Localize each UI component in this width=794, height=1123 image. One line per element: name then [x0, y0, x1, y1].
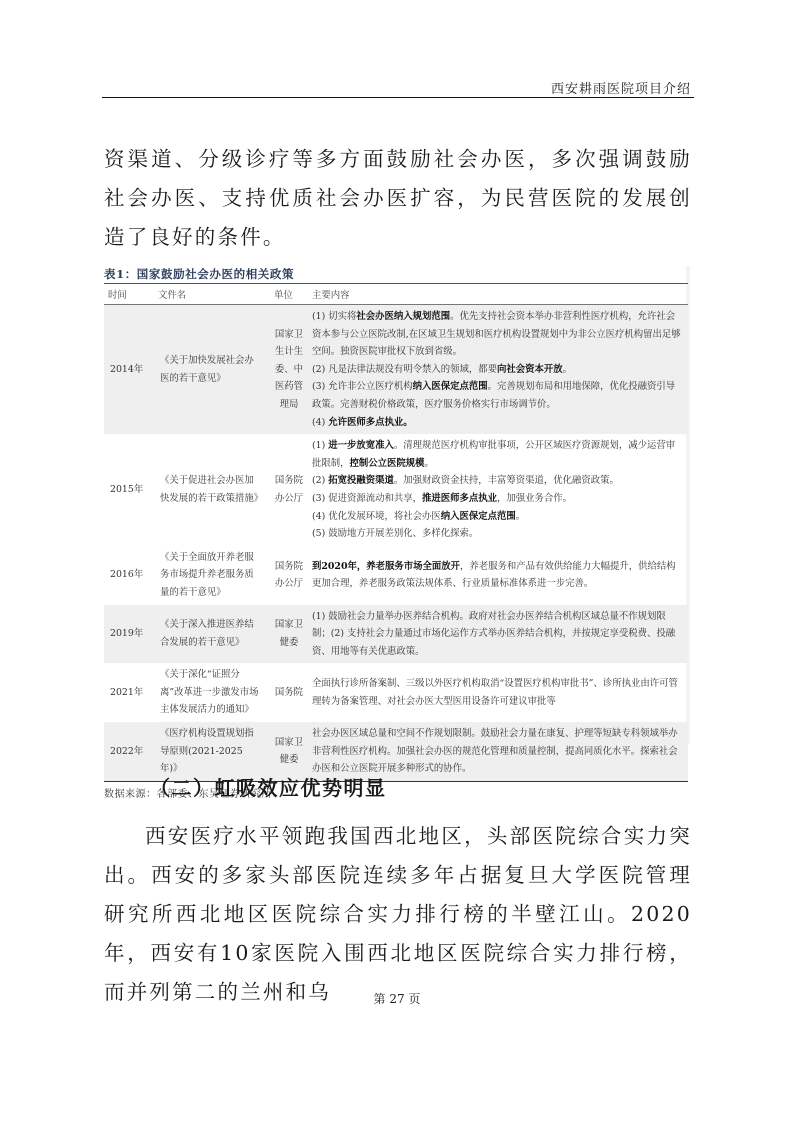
content-text: (3) 允许非公立医疗机构	[312, 381, 413, 392]
running-header-title: 西安耕雨医院项目介绍	[551, 78, 691, 97]
content-item: 全面执行诊所备案制、三级以外医疗机构取消“设置医疗机构审批书”、诊所执业由许可管…	[312, 675, 684, 710]
content-text: (1)	[312, 440, 328, 451]
content-item: (3) 促进资源流动和共享，推进医师多点执业，加强业务合作。	[312, 490, 684, 508]
content-item: (4) 允许医师多点执业。	[312, 414, 684, 432]
cell-document: 《关于深化“证照分离”改革进一步激发市场主体发展活力的通知》	[154, 663, 270, 722]
content-text: 。	[425, 458, 434, 469]
content-item: (3) 允许非公立医疗机构纳入医保定点范围。完善规划布局和用地保障，优化投融资引…	[312, 378, 684, 413]
cell-year: 2014年	[104, 305, 154, 435]
content-text: (5) 鼓励地方开展差别化、多样化探索。	[312, 528, 478, 539]
cell-content: (1) 进一步放宽准入。清理规范医疗机构审批事项，公开区域医疗资源规划，减少运营…	[308, 434, 688, 546]
content-text: 。	[516, 511, 525, 522]
cell-unit: 国务院	[270, 663, 308, 722]
cell-document: 《关于深入推进医养结合发展的若干意见》	[154, 605, 270, 664]
table-caption: 表1：国家鼓励社会办医的相关政策	[104, 266, 688, 283]
content-text: (1) 切实将	[312, 311, 356, 322]
cell-year: 2015年	[104, 434, 154, 546]
body-paragraph-2: 西安医疗水平领跑我国西北地区，头部医院综合实力突出。西安的多家头部医院连续多年占…	[104, 817, 692, 1012]
cell-year: 2016年	[104, 546, 154, 605]
cell-unit: 国家卫生计生委、中医药管理局	[270, 305, 308, 435]
cell-unit: 国务院办公厅	[270, 434, 308, 546]
content-item: 到2020年，养老服务市场全面放开，养老服务和产品有效供给能力大幅提升，供给结构…	[312, 558, 684, 593]
section-heading: （二）虹吸效应优势明显	[150, 772, 387, 801]
policy-table-figure: 表1：国家鼓励社会办医的相关政策 时间 文件名 单位 主要内容 2014年《关于…	[104, 266, 688, 800]
body-paragraph-1: 资渠道、分级诊疗等多方面鼓励社会办医，多次强调鼓励社会办医、支持优质社会办医扩容…	[104, 140, 692, 257]
content-text: (3) 促进资源流动和共享，	[312, 493, 422, 504]
content-text: 全面执行诊所备案制、三级以外医疗机构取消“设置医疗机构审批书”、诊所执业由许可管…	[312, 678, 678, 707]
content-item: (5) 鼓励地方开展差别化、多样化探索。	[312, 525, 684, 543]
page-number: 第 27 页	[0, 990, 794, 1007]
emphasized-text: 向社会资本开放	[497, 364, 563, 375]
emphasized-text: 允许医师多点执业。	[328, 417, 412, 428]
table-body: 2014年《关于加快发展社会办医的若干意见》国家卫生计生委、中医药管理局(1) …	[104, 305, 688, 782]
cell-content: (1) 切实将社会办医纳入规划范围。优先支持社会资本举办非营利性医疗机构，允许社…	[308, 305, 688, 435]
column-header-content: 主要内容	[308, 284, 688, 305]
cell-content: 到2020年，养老服务市场全面放开，养老服务和产品有效供给能力大幅提升，供给结构…	[308, 546, 688, 605]
cell-year: 2019年	[104, 605, 154, 664]
header-divider	[102, 97, 694, 98]
emphasized-text: 控制公立医院规模	[350, 458, 425, 469]
content-text: (2)	[312, 475, 328, 486]
content-item: 社会办医区域总量和空间不作规划限制。鼓励社会力量在康复、护理等短缺专科领域举办非…	[312, 725, 684, 778]
emphasized-text: 社会办医纳入规划范围	[356, 311, 450, 322]
emphasized-text: 纳入医保定点范围	[441, 511, 516, 522]
cell-year: 2021年	[104, 663, 154, 722]
cell-year: 2022年	[104, 722, 154, 781]
table-header-row: 时间 文件名 单位 主要内容	[104, 284, 688, 305]
emphasized-text: 拓宽投融资渠道	[328, 475, 394, 486]
content-item: (2) 拓宽投融资渠道。加强财政资金扶持，丰富筹资渠道，优化融资政策。	[312, 472, 684, 490]
emphasized-text: 到2020年，养老服务市场全面放开	[312, 561, 460, 572]
emphasized-text: 纳入医保定点范围	[413, 381, 488, 392]
table-row: 2016年《关于全面放开养老服务市场提升养老服务质量的若干意见》国务院办公厅到2…	[104, 546, 688, 605]
content-text: (2) 凡是法律法规没有明令禁入的领域，都要	[312, 364, 497, 375]
content-item: (1) 进一步放宽准入。清理规范医疗机构审批事项，公开区域医疗资源规划，减少运营…	[312, 437, 684, 472]
cell-document: 《关于加快发展社会办医的若干意见》	[154, 305, 270, 435]
content-item: (1) 鼓励社会力量举办医养结合机构。政府对社会办医养结合机构区域总量不作规划限…	[312, 608, 684, 661]
content-text: 。	[563, 364, 572, 375]
content-text: (4) 优化发展环境，将社会办医	[312, 511, 441, 522]
cell-unit: 国家卫健委	[270, 605, 308, 664]
column-header-document: 文件名	[154, 284, 270, 305]
emphasized-text: 推进医师多点执业	[422, 493, 497, 504]
table-row: 2015年《关于促进社会办医加快发展的若干政策措施》国务院办公厅(1) 进一步放…	[104, 434, 688, 546]
content-text: ，加强业务合作。	[497, 493, 572, 504]
emphasized-text: 进一步放宽准入	[328, 440, 394, 451]
content-text: (1) 鼓励社会力量举办医养结合机构。政府对社会办医养结合机构区域总量不作规划限…	[312, 611, 675, 657]
column-header-year: 时间	[104, 284, 154, 305]
table-row: 2021年《关于深化“证照分离”改革进一步激发市场主体发展活力的通知》国务院全面…	[104, 663, 688, 722]
table-row: 2019年《关于深入推进医养结合发展的若干意见》国家卫健委(1) 鼓励社会力量举…	[104, 605, 688, 664]
cell-content: (1) 鼓励社会力量举办医养结合机构。政府对社会办医养结合机构区域总量不作规划限…	[308, 605, 688, 664]
cell-document: 《关于全面放开养老服务市场提升养老服务质量的若干意见》	[154, 546, 270, 605]
policy-table: 时间 文件名 单位 主要内容 2014年《关于加快发展社会办医的若干意见》国家卫…	[104, 283, 688, 782]
cell-unit: 国务院办公厅	[270, 546, 308, 605]
content-item: (2) 凡是法律法规没有明令禁入的领域，都要向社会资本开放。	[312, 361, 684, 379]
cell-content: 全面执行诊所备案制、三级以外医疗机构取消“设置医疗机构审批书”、诊所执业由许可管…	[308, 663, 688, 722]
content-text: 。加强财政资金扶持，丰富筹资渠道，优化融资政策。	[394, 475, 619, 486]
content-text: (4)	[312, 417, 328, 428]
content-item: (4) 优化发展环境，将社会办医纳入医保定点范围。	[312, 508, 684, 526]
column-header-unit: 单位	[270, 284, 308, 305]
content-item: (1) 切实将社会办医纳入规划范围。优先支持社会资本举办非营利性医疗机构，允许社…	[312, 308, 684, 361]
cell-document: 《关于促进社会办医加快发展的若干政策措施》	[154, 434, 270, 546]
table-row: 2014年《关于加快发展社会办医的若干意见》国家卫生计生委、中医药管理局(1) …	[104, 305, 688, 435]
content-text: 社会办医区域总量和空间不作规划限制。鼓励社会力量在康复、护理等短缺专科领域举办非…	[312, 728, 678, 774]
